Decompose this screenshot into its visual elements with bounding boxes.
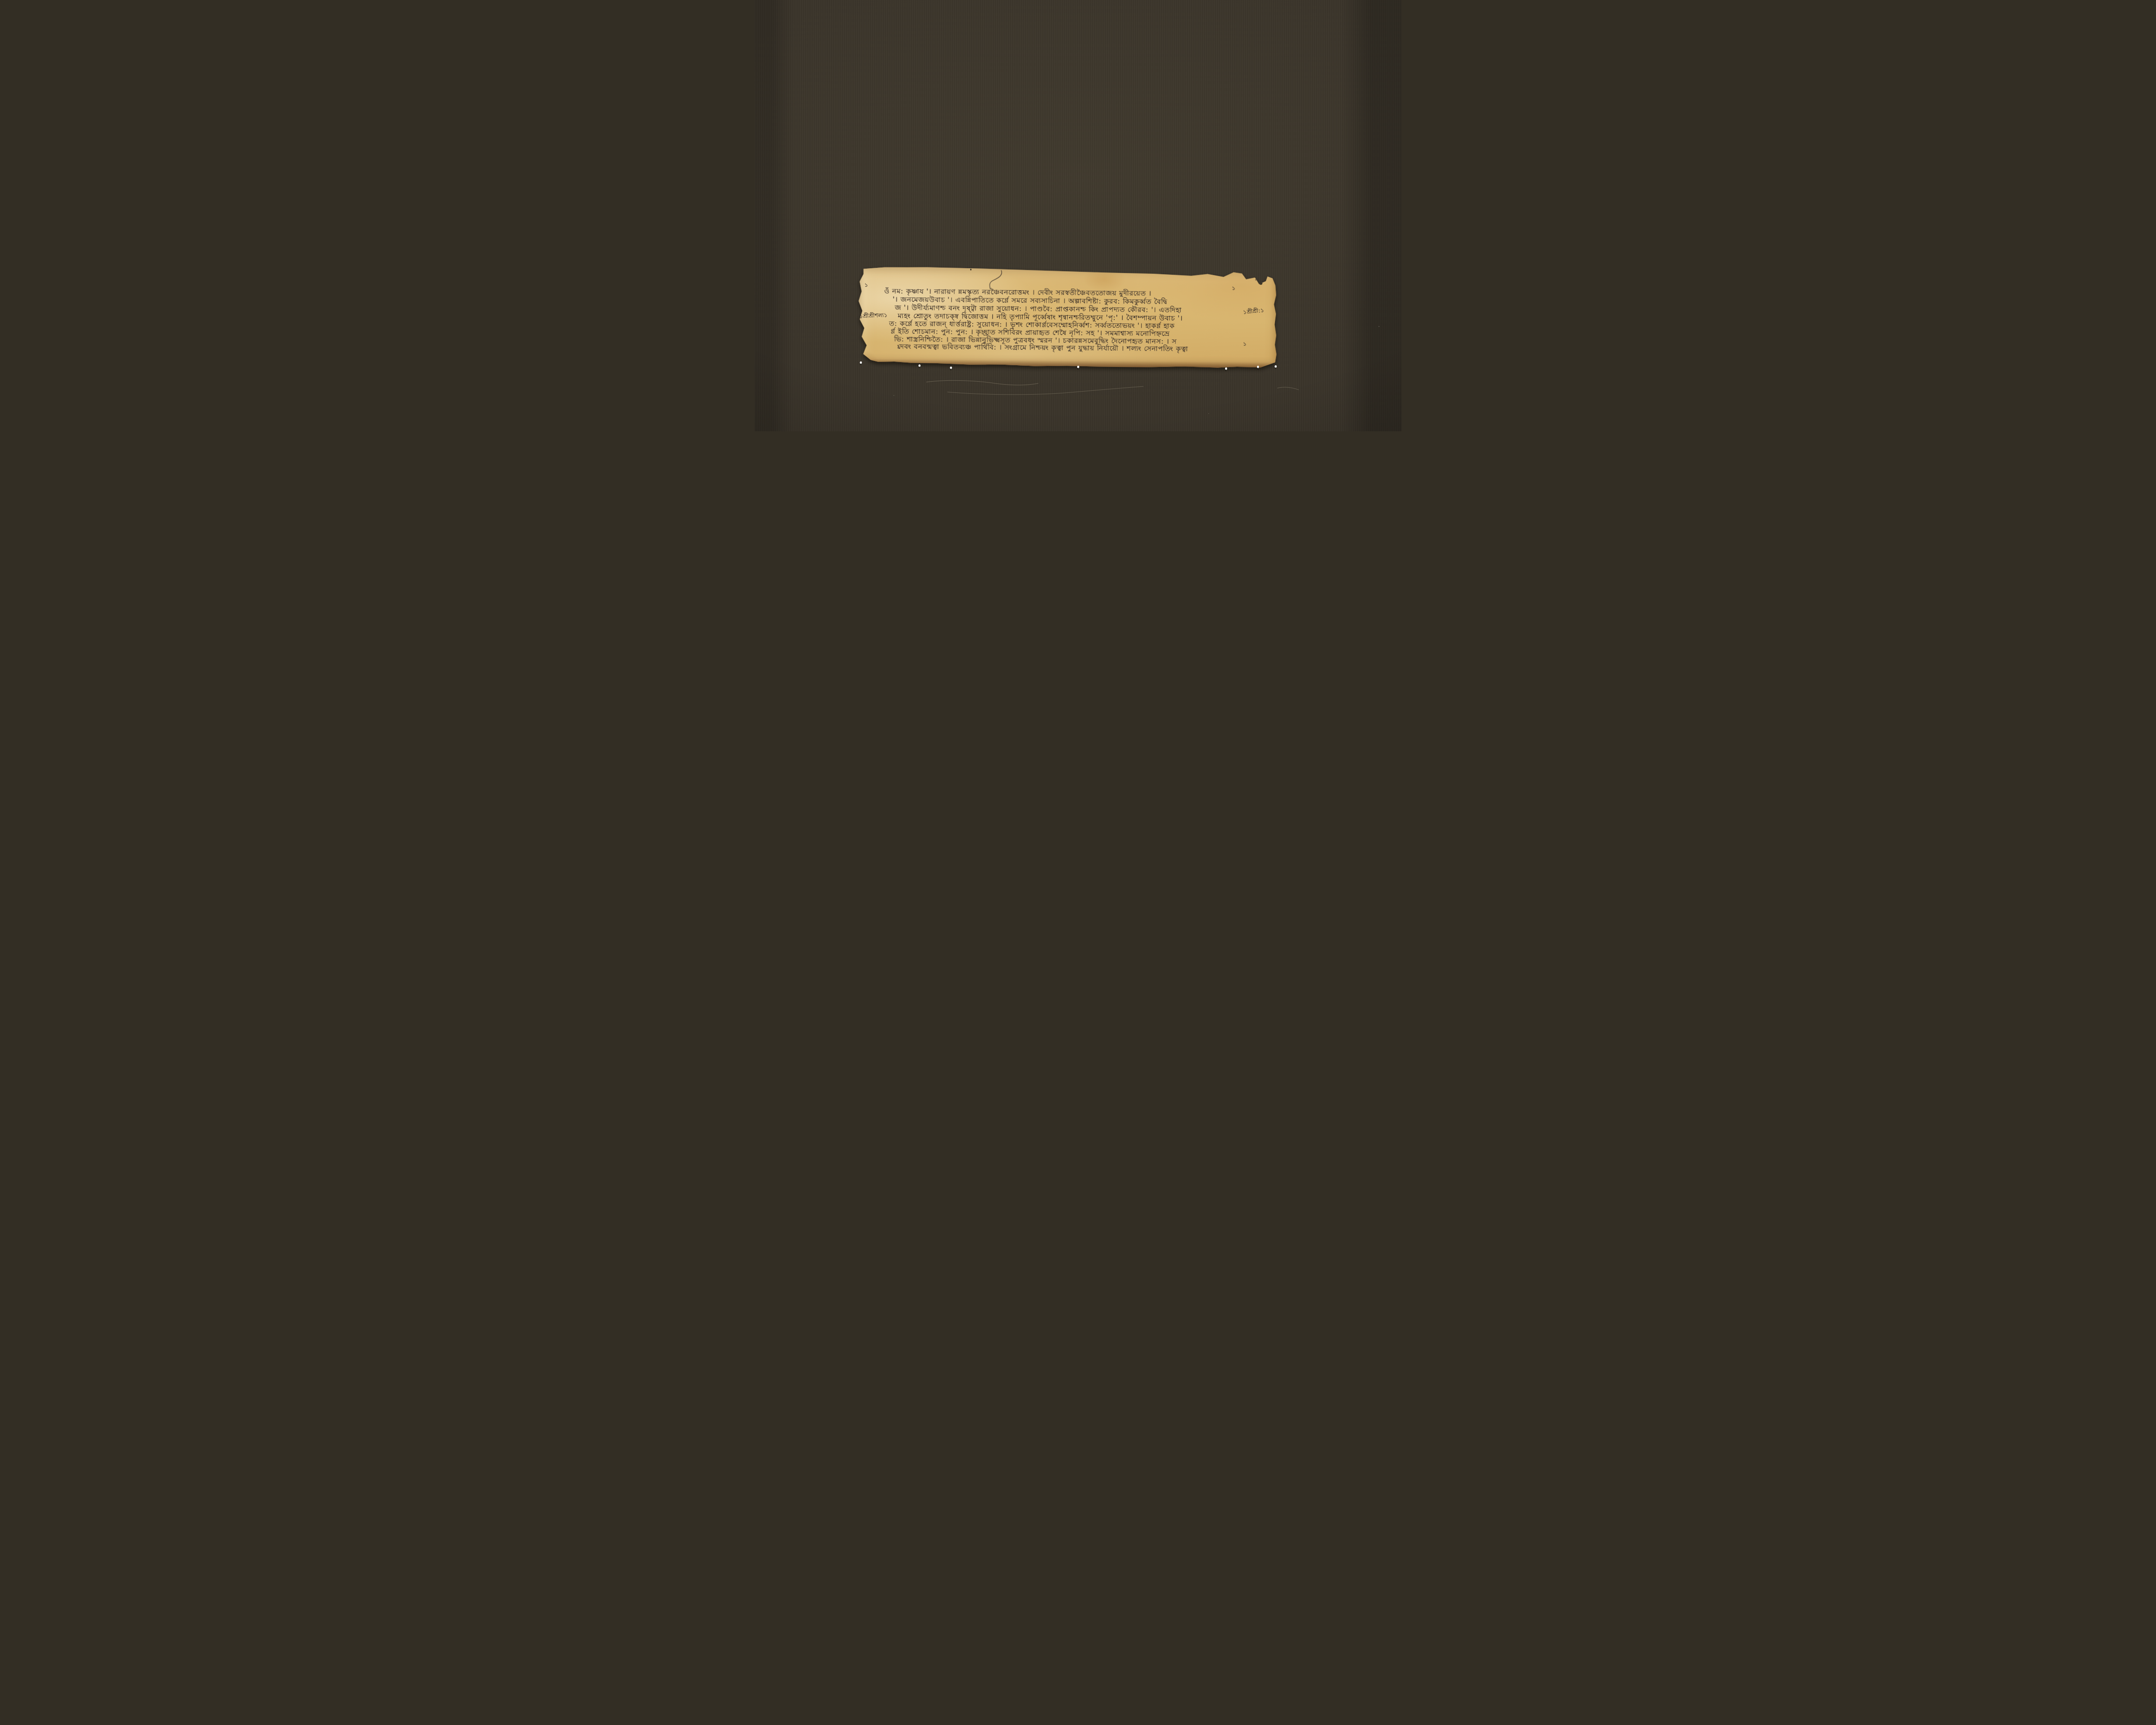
tear-hole — [970, 269, 971, 270]
pushpin-icon — [950, 367, 952, 369]
tear-hole — [1258, 281, 1263, 285]
pushpin-icon — [918, 364, 921, 367]
marginal-numeral: ১ — [1254, 275, 1258, 284]
pushpin-icon — [860, 361, 862, 364]
manuscript-leaf: ওঁ নম: কৃষ্ণায '। নারায়ণ ন্নমস্কৃত্য নর… — [858, 267, 1278, 368]
toasted-corner — [858, 339, 897, 365]
marginal-numeral: ১ — [865, 281, 868, 290]
pushpin-icon — [1257, 366, 1259, 368]
photo-of-manuscript: ওঁ নম: কৃষ্ণায '। নারায়ণ ন্নমস্কৃত্য নর… — [755, 0, 1401, 431]
pushpin-icon — [1275, 365, 1277, 368]
pushpin-icon — [1225, 367, 1227, 370]
dust-speck — [1379, 326, 1379, 327]
right-margin-title: ১শ্রীশ্রী:১ — [1243, 307, 1265, 317]
marginal-numeral: ১ — [1243, 340, 1247, 349]
marginal-numeral: ১ — [1232, 284, 1236, 293]
toasted-bottom-edge — [858, 359, 1277, 368]
left-margin-title: ১শ্রীশ্রীশল্য১ — [859, 312, 888, 322]
dust-speck — [1208, 413, 1209, 414]
manuscript-paper: ওঁ নম: কৃষ্ণায '। নারায়ণ ন্নমস্কৃত্য নর… — [858, 267, 1278, 368]
marginal-numeral: ১ — [896, 343, 900, 352]
pushpin-icon — [1077, 366, 1079, 368]
dust-speck — [893, 395, 894, 396]
